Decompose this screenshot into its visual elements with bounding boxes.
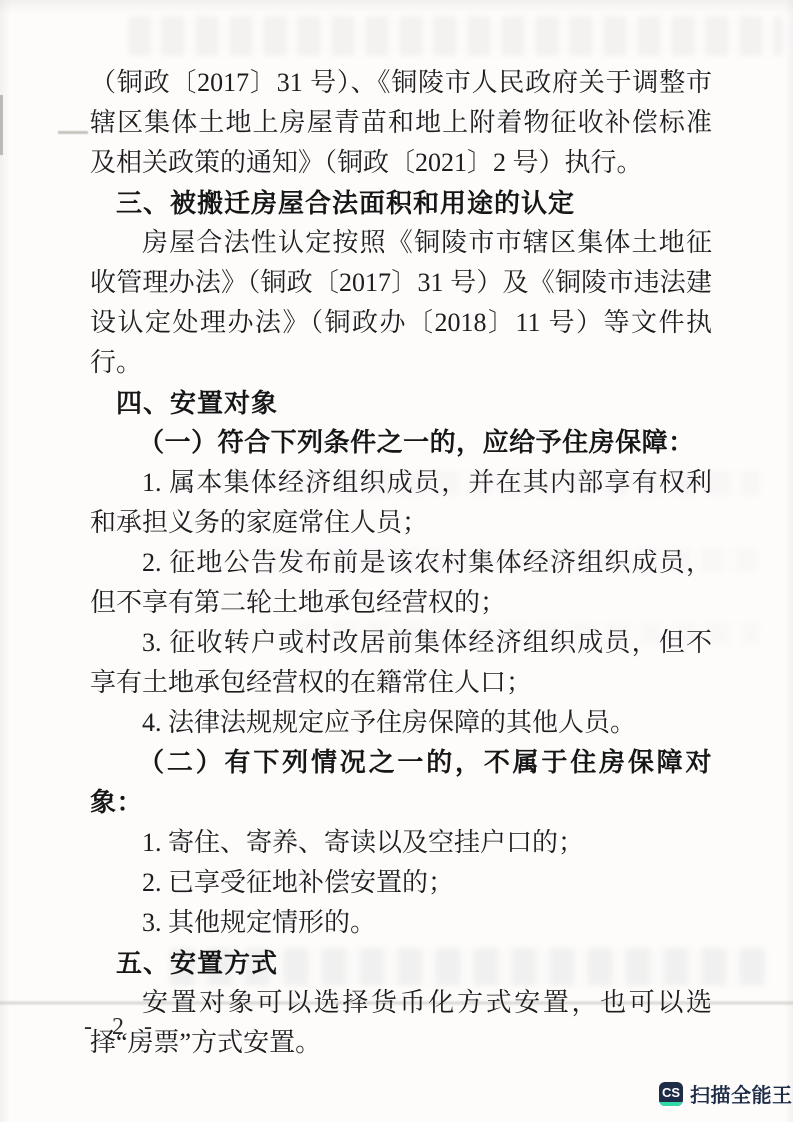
bleedthrough-artifact-top	[128, 16, 783, 56]
list-item: 3. 其他规定情形的。	[90, 903, 712, 943]
subsection-heading-2: （二）有下列情况之一的，不属于住房保障对象：	[90, 743, 712, 823]
camscanner-logo-label: CS	[662, 1085, 680, 1100]
scan-stray-dash	[58, 131, 88, 134]
paragraph: 安置对象可以选择货币化方式安置，也可以选择“房票”方式安置。	[90, 983, 712, 1063]
document-body: （铜政〔2017〕31 号）、《铜陵市人民政府关于调整市辖区集体土地上房屋青苗和…	[90, 63, 712, 1063]
list-item: 3. 征收转户或村改居前集体经济组织成员，但不享有土地承包经营权的在籍常住人口；	[90, 623, 712, 703]
list-item: 2. 已享受征地补偿安置的；	[90, 863, 712, 903]
paragraph-continuation: （铜政〔2017〕31 号）、《铜陵市人民政府关于调整市辖区集体土地上房屋青苗和…	[90, 63, 712, 183]
list-item: 4. 法律法规规定应予住房保障的其他人员。	[90, 703, 712, 743]
list-item: 2. 征地公告发布前是该农村集体经济组织成员，但不享有第二轮土地承包经营权的；	[90, 543, 712, 623]
scan-edge-mark	[0, 95, 3, 155]
camscanner-watermark: CS 扫描全能王	[659, 1079, 793, 1108]
list-item: 1. 属本集体经济组织成员，并在其内部享有权利和承担义务的家庭常住人员；	[90, 463, 712, 543]
list-item: 1. 寄住、寄养、寄读以及空挂户口的；	[90, 823, 712, 863]
camscanner-logo-icon: CS	[659, 1082, 683, 1106]
paragraph: 房屋合法性认定按照《铜陵市市辖区集体土地征收管理办法》（铜政〔2017〕31 号…	[90, 223, 712, 383]
section-heading-3: 三、被搬迁房屋合法面积和用途的认定	[90, 183, 712, 223]
section-heading-4: 四、安置对象	[90, 383, 712, 423]
section-heading-5: 五、安置方式	[90, 943, 712, 983]
scanned-document-page: （铜政〔2017〕31 号）、《铜陵市人民政府关于调整市辖区集体土地上房屋青苗和…	[0, 0, 793, 1122]
subsection-heading-1: （一）符合下列条件之一的，应给予住房保障：	[90, 423, 712, 463]
camscanner-app-name: 扫描全能王	[690, 1079, 793, 1108]
page-number: - 2 -	[84, 1014, 159, 1041]
